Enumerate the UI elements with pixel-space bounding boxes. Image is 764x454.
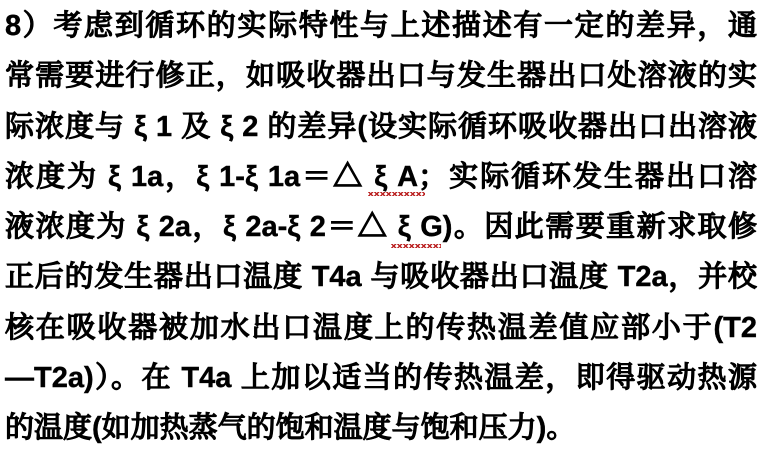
paragraph-line-1: 8）考虑到循环的实际特性与上述描述有一定的差异，通	[5, 1, 757, 51]
paragraph-line-7: 核在吸收器被加水出口温度上的传热温差值应部小于(T2	[5, 303, 757, 353]
paragraph: 8）考虑到循环的实际特性与上述描述有一定的差异，通 常需要进行修正，如吸收器出口…	[5, 1, 757, 454]
paragraph-line-2: 常需要进行修正，如吸收器出口与发生器出口处溶液的实	[5, 51, 757, 101]
document-page: 8）考虑到循环的实际特性与上述描述有一定的差异，通 常需要进行修正，如吸收器出口…	[0, 0, 764, 454]
spellcheck-underline-xi-g	[391, 244, 441, 248]
paragraph-line-3: 际浓度与 ξ 1 及 ξ 2 的差异(设实际循环吸收器出口出溶液	[5, 102, 757, 152]
paragraph-line-5: 液浓度为 ξ 2a，ξ 2a-ξ 2＝△ ξ G)。因此需要重新求取修	[5, 202, 757, 252]
paragraph-line-8: —T2a)）。在 T4a 上加以适当的传热温差，即得驱动热源	[5, 353, 757, 403]
spellcheck-underline-xi-a	[368, 192, 425, 196]
paragraph-line-6: 正后的发生器出口温度 T4a 与吸收器出口温度 T2a，并校	[5, 252, 757, 302]
paragraph-line-9: 的温度(如加热蒸气的饱和温度与饱和压力)。	[5, 403, 757, 453]
